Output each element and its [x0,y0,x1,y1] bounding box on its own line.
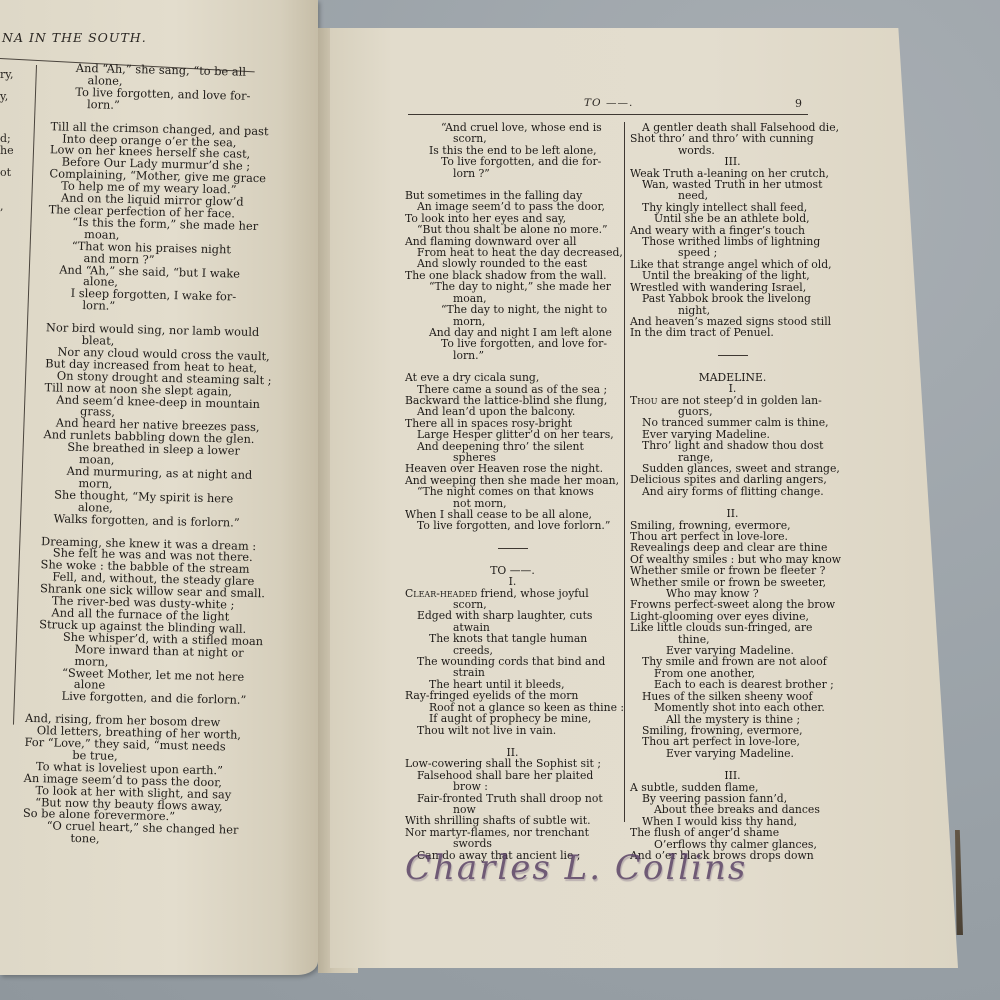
poem-line: To live forgotten, and love forlorn.” [405,520,620,531]
right-page-column-a: “And cruel love, whose end isscorn,Is th… [405,122,620,861]
right-running-head: TO ——. [584,97,633,109]
poem-line: And airy forms of flitting change. [630,486,835,497]
poem-line: Large Hesper glitter’d on her tears, [405,429,620,440]
poem-line: Edged with sharp laughter, cuts [405,610,620,621]
poem-line: Fair-fronted Truth shall droop not [405,793,620,804]
poem-line: The wounding cords that bind and [405,656,620,667]
section-heading: III. [630,156,835,167]
poem-line: “And cruel love, whose end is [405,122,620,133]
poem-line: Past Yabbok brook the livelong [630,293,835,304]
poem-line: Whether smile or frown be fleeter ? [630,565,835,576]
poem-line: lorn ?” [405,168,620,179]
left-running-head: NA IN THE SOUTH. [2,30,147,45]
poem-line: Clear-headed friend, whose joyful [405,588,620,599]
poem-line: And deepening thro’ the silent [405,441,620,452]
poem-line: Those writhed limbs of lightning [630,236,835,247]
poem-line: Thou wilt not live in vain. [405,725,620,736]
poem-line: Nor martyr-flames, nor trenchant [405,827,620,838]
margin-fragment: he [0,144,14,157]
poem-line: “The day to night, the night to [405,304,620,315]
right-column-rule [624,122,625,822]
poem-line: “The day to night,” she made her [405,281,620,292]
handwritten-signature: Charles L. Collins [405,848,747,888]
poem-line: Thou art perfect in love-lore, [630,736,835,747]
section-heading: III. [630,770,835,781]
poem-line: “The night comes on that knows [405,486,620,497]
page-number: 9 [795,97,802,110]
poem-line: Thro’ light and shadow thou dost [630,440,835,451]
poem-line: “But thou shalt be alone no more.” [405,224,620,235]
poem-line: Each to each is dearest brother ; [630,679,835,690]
poem-line: Momently shot into each other. [630,702,835,713]
section-heading: II. [630,508,835,519]
stanza-gap [630,339,835,350]
poem-line: Shot thro’ and thro’ with cunning [630,133,835,144]
poem-line: Ever varying Madeline. [630,748,835,759]
margin-fragment: y, [0,90,8,103]
poem-line: Low-cowering shall the Sophist sit ; [405,758,620,769]
margin-fragment: ot [0,166,11,179]
poem-line: Falsehood shall bare her plaited [405,770,620,781]
poem-line: In the dim tract of Penuel. [630,327,835,338]
margin-fragment: ry, [0,68,14,81]
poem-line: lorn.” [405,350,620,361]
poem-line: If aught of prophecy be mine, [405,713,620,724]
section-heading: I. [630,383,835,394]
poem-line: Thou are not steep’d in golden lan- [630,395,835,406]
section-separator [405,548,620,549]
poem-line: Ray-fringed eyelids of the morn [405,690,620,701]
poem-line: Until the breaking of the light, [630,270,835,281]
poem-line: Like little clouds sun-fringed, are [630,622,835,633]
right-page-column-b: A gentler death shall Falsehood die,Shot… [630,122,835,861]
poem-line: The flush of anger’d shame [630,827,835,838]
poem-line: To live forgotten, and die for- [405,156,620,167]
poem-line: Wan, wasted Truth in her utmost [630,179,835,190]
left-page-poem-column: And “Ah,” she sang, “to be allalone,To l… [22,62,280,849]
right-head-rule [408,114,808,115]
margin-fragment: , [0,200,4,213]
poem-line: The knots that tangle human [405,633,620,644]
section-separator [630,355,835,356]
poem-line: Until she be an athlete bold, [630,213,835,224]
poem-line: brow : [405,781,620,792]
poem-line: To live forgotten, and love for- [405,338,620,349]
stanza-gap [405,532,620,543]
poem-line: At eve a dry cicala sung, [405,372,620,383]
